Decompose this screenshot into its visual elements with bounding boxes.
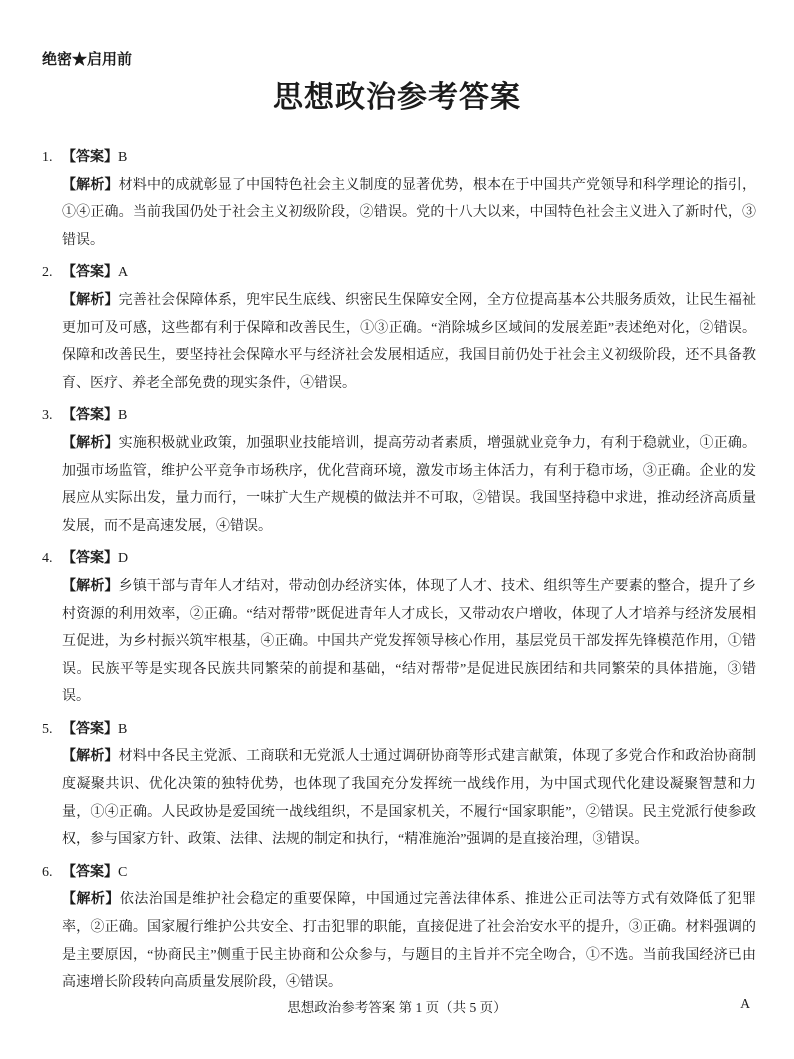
answer-item: 3. 【答案】B 【解析】实施积极就业政策，加强职业技能培训，提高劳动者素质，增… — [42, 402, 756, 540]
answer-label: 【答案】 — [62, 408, 118, 423]
analysis-paragraph: 【解析】乡镇干部与青年人才结对，带动创办经济实体，体现了人才、技术、组织等生产要… — [62, 573, 756, 711]
analysis-text: 实施积极就业政策，加强职业技能培训，提高劳动者素质，增强就业竞争力，有利于稳就业… — [62, 436, 756, 534]
item-number: 2. — [42, 259, 62, 287]
document-page: 绝密★启用前 思想政治参考答案 1. 【答案】B 【解析】材料中的成就彰显了中国… — [0, 0, 794, 1059]
classification-label: 绝密★启用前 — [42, 48, 132, 69]
analysis-text: 完善社会保障体系，兜牢民生底线、织密民生保障安全网，全方位提高基本公共服务质效，… — [62, 293, 756, 391]
answer-item: 6. 【答案】C 【解析】依法治国是维护社会稳定的重要保障，中国通过完善法律体系… — [42, 859, 756, 997]
answer-line: 【答案】C — [62, 859, 756, 887]
answer-line: 【答案】D — [62, 545, 756, 573]
analysis-paragraph: 【解析】实施积极就业政策，加强职业技能培训，提高劳动者素质，增强就业竞争力，有利… — [62, 430, 756, 540]
analysis-text: 材料中各民主党派、工商联和无党派人士通过调研协商等形式建言献策，体现了多党合作和… — [62, 749, 756, 847]
answer-item: 1. 【答案】B 【解析】材料中的成就彰显了中国特色社会主义制度的显著优势，根本… — [42, 144, 756, 254]
item-number: 1. — [42, 144, 62, 172]
analysis-text: 乡镇干部与青年人才结对，带动创办经济实体，体现了人才、技术、组织等生产要素的整合… — [62, 579, 756, 704]
analysis-paragraph: 【解析】依法治国是维护社会稳定的重要保障，中国通过完善法律体系、推进公正司法等方… — [62, 886, 756, 996]
item-number: 6. — [42, 859, 62, 887]
analysis-label: 【解析】 — [62, 579, 119, 594]
item-number: 4. — [42, 545, 62, 573]
answer-line: 【答案】B — [62, 144, 756, 172]
answer-item: 5. 【答案】B 【解析】材料中各民主党派、工商联和无党派人士通过调研协商等形式… — [42, 716, 756, 854]
analysis-paragraph: 【解析】材料中各民主党派、工商联和无党派人士通过调研协商等形式建言献策，体现了多… — [62, 743, 756, 853]
analysis-paragraph: 【解析】完善社会保障体系，兜牢民生底线、织密民生保障安全网，全方位提高基本公共服… — [62, 287, 756, 397]
answer-line: 【答案】B — [62, 402, 756, 430]
analysis-text: 依法治国是维护社会稳定的重要保障，中国通过完善法律体系、推进公正司法等方式有效降… — [62, 892, 756, 990]
analysis-label: 【解析】 — [62, 892, 120, 907]
analysis-paragraph: 【解析】材料中的成就彰显了中国特色社会主义制度的显著优势，根本在于中国共产党领导… — [62, 172, 756, 255]
footer-version-letter: A — [740, 996, 750, 1012]
footer-page-info: 思想政治参考答案 第 1 页（共 5 页） — [287, 1000, 506, 1015]
analysis-label: 【解析】 — [62, 436, 119, 451]
answer-item: 2. 【答案】A 【解析】完善社会保障体系，兜牢民生底线、织密民生保障安全网，全… — [42, 259, 756, 397]
analysis-label: 【解析】 — [62, 749, 119, 764]
analysis-text: 材料中的成就彰显了中国特色社会主义制度的显著优势，根本在于中国共产党领导和科学理… — [62, 178, 756, 248]
page-title: 思想政治参考答案 — [0, 72, 794, 116]
item-number: 5. — [42, 716, 62, 744]
answer-line: 【答案】B — [62, 716, 756, 744]
answer-letter: D — [118, 551, 128, 566]
answer-label: 【答案】 — [62, 865, 118, 880]
answer-label: 【答案】 — [62, 265, 118, 280]
answer-letter: B — [118, 408, 127, 423]
analysis-label: 【解析】 — [62, 178, 119, 193]
answer-label: 【答案】 — [62, 722, 118, 737]
item-number: 3. — [42, 402, 62, 430]
answer-letter: B — [118, 150, 127, 165]
answer-item: 4. 【答案】D 【解析】乡镇干部与青年人才结对，带动创办经济实体，体现了人才、… — [42, 545, 756, 711]
analysis-label: 【解析】 — [62, 293, 119, 308]
page-footer: 思想政治参考答案 第 1 页（共 5 页） A — [0, 996, 794, 1016]
answer-label: 【答案】 — [62, 551, 118, 566]
answers-list: 1. 【答案】B 【解析】材料中的成就彰显了中国特色社会主义制度的显著优势，根本… — [42, 144, 756, 1002]
answer-letter: A — [118, 265, 128, 280]
answer-line: 【答案】A — [62, 259, 756, 287]
answer-letter: C — [118, 865, 127, 880]
answer-label: 【答案】 — [62, 150, 118, 165]
answer-letter: B — [118, 722, 127, 737]
